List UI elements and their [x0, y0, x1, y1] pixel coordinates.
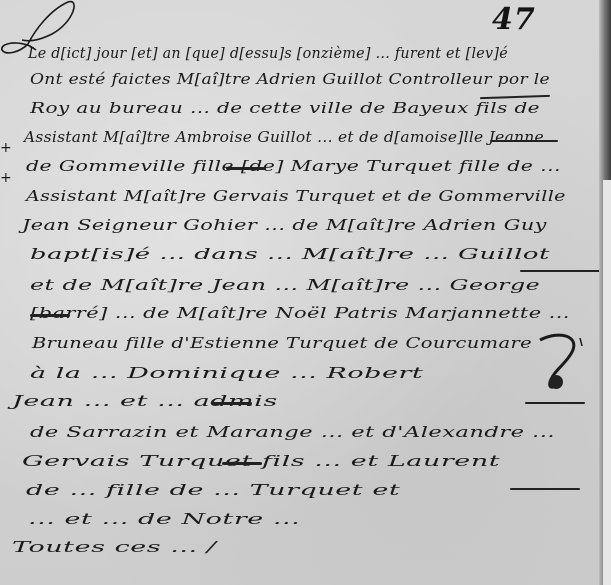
manuscript-line: et de M[aît]re Jean ... M[aît]re ... Geo…	[30, 276, 540, 294]
margin-cross-mark: +	[0, 140, 12, 156]
folio-number: 47	[492, 2, 536, 37]
manuscript-line: Assistant M[aî]tre Ambroise Guillot ... …	[24, 128, 544, 146]
manuscript-line: de Gommeville fille [de] Marye Turquet f…	[26, 157, 561, 175]
manuscript-line: de ... fille de ... Turquet et	[26, 481, 400, 499]
manuscript-line: [barré] ... de M[aît]re Noël Patris Marj…	[30, 304, 570, 322]
manuscript-page: 47 Le d[ict] jour [et] an [que] d[essu]s…	[0, 0, 611, 585]
initial-flourish-icon	[0, 0, 90, 80]
strikethrough-mark	[30, 314, 70, 317]
manuscript-line: Assistant M[aît]re Gervais Turquet et de…	[26, 187, 566, 205]
page-edge	[603, 180, 611, 585]
strikethrough-mark	[222, 462, 262, 465]
manuscript-line: Bruneau fille d'Estienne Turquet de Cour…	[32, 334, 532, 352]
margin-cross-mark: +	[0, 170, 12, 186]
bracket-flourish-icon	[520, 330, 600, 410]
manuscript-line: Jean ... et ... admis	[12, 392, 278, 410]
manuscript-line: ... et ... de Notre ...	[28, 510, 300, 528]
manuscript-line: Toutes ces ... /	[12, 538, 216, 556]
manuscript-line: Le d[ict] jour [et] an [que] d[essu]s [o…	[28, 44, 508, 62]
manuscript-line: bapt[is]é ... dans ... M[aît]re ... Guil…	[30, 245, 550, 263]
strikethrough-mark	[226, 167, 266, 170]
manuscript-line: Jean Seigneur Gohier ... de M[aît]re Adr…	[22, 216, 547, 234]
line-end-stroke	[510, 488, 580, 490]
manuscript-line: de Sarrazin et Marange ... et d'Alexandr…	[30, 423, 555, 441]
manuscript-line: à la ... Dominique ... Robert	[30, 364, 423, 382]
manuscript-line: Gervais Turquet fils ... et Laurent	[22, 452, 500, 470]
strikethrough-mark	[212, 402, 252, 405]
line-end-stroke	[490, 140, 558, 142]
line-end-stroke	[520, 270, 600, 272]
manuscript-line: Ont esté faictes M[aî]tre Adrien Guillot…	[30, 70, 550, 88]
manuscript-line: Roy au bureau ... de cette ville de Baye…	[30, 99, 540, 117]
